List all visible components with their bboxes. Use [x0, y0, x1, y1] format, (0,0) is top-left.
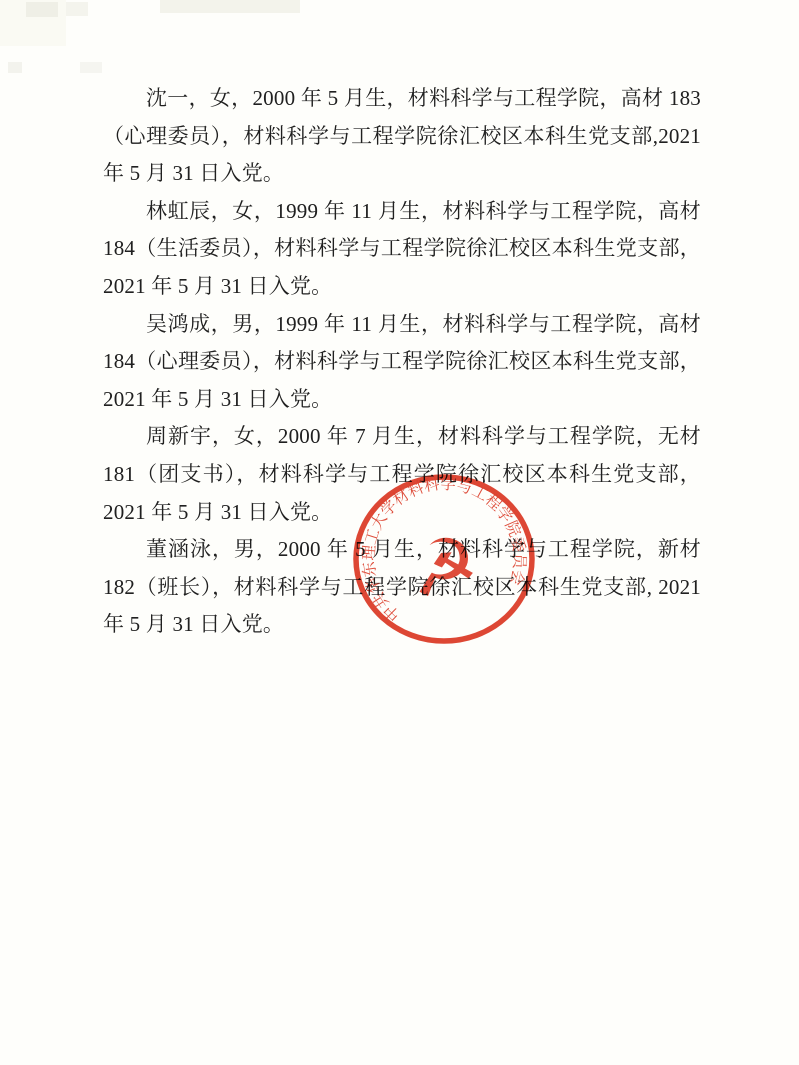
scan-artifact	[0, 0, 66, 46]
document-line: 周新宇，女，2000 年 7 月生，材料科学与工程学院，无材	[103, 418, 701, 456]
document-line: 184（心理委员），材料科学与工程学院徐汇校区本科生党支部，	[103, 343, 701, 381]
document-line: 林虹辰，女，1999 年 11 月生，材料科学与工程学院，高材	[103, 193, 701, 231]
scan-artifact	[80, 62, 102, 73]
document-line: 182（班长），材料科学与工程学院徐汇校区本科生党支部, 2021	[103, 569, 701, 607]
document-line: 2021 年 5 月 31 日入党。	[103, 381, 701, 419]
document-body: 沈一，女，2000 年 5 月生，材料科学与工程学院，高材 183 （心理委员）…	[103, 80, 701, 644]
scanned-document-page: 沈一，女，2000 年 5 月生，材料科学与工程学院，高材 183 （心理委员）…	[0, 0, 799, 1065]
document-line: （心理委员），材料科学与工程学院徐汇校区本科生党支部,2021	[103, 118, 701, 156]
party-member-entry: 林虹辰，女，1999 年 11 月生，材料科学与工程学院，高材 184（生活委员…	[103, 193, 701, 306]
party-member-entry: 沈一，女，2000 年 5 月生，材料科学与工程学院，高材 183 （心理委员）…	[103, 80, 701, 193]
party-member-entry: 董涵泳，男，2000 年 5 月生，材料科学与工程学院，新材 182（班长），材…	[103, 531, 701, 644]
document-line: 吴鸿成，男，1999 年 11 月生，材料科学与工程学院，高材	[103, 306, 701, 344]
scan-artifact	[160, 0, 300, 13]
scan-artifact	[26, 2, 58, 17]
party-member-entry: 周新宇，女，2000 年 7 月生，材料科学与工程学院，无材 181（团支书），…	[103, 418, 701, 531]
document-line: 2021 年 5 月 31 日入党。	[103, 494, 701, 532]
document-line: 2021 年 5 月 31 日入党。	[103, 268, 701, 306]
document-line: 年 5 月 31 日入党。	[103, 155, 701, 193]
document-line: 年 5 月 31 日入党。	[103, 606, 701, 644]
document-line: 董涵泳，男，2000 年 5 月生，材料科学与工程学院，新材	[103, 531, 701, 569]
document-line: 184（生活委员），材料科学与工程学院徐汇校区本科生党支部，	[103, 230, 701, 268]
scan-artifact	[66, 2, 88, 16]
document-line: 181（团支书），材料科学与工程学院徐汇校区本科生党支部，	[103, 456, 701, 494]
scan-artifact	[8, 62, 22, 73]
party-member-entry: 吴鸿成，男，1999 年 11 月生，材料科学与工程学院，高材 184（心理委员…	[103, 306, 701, 419]
document-line: 沈一，女，2000 年 5 月生，材料科学与工程学院，高材 183	[103, 80, 701, 118]
